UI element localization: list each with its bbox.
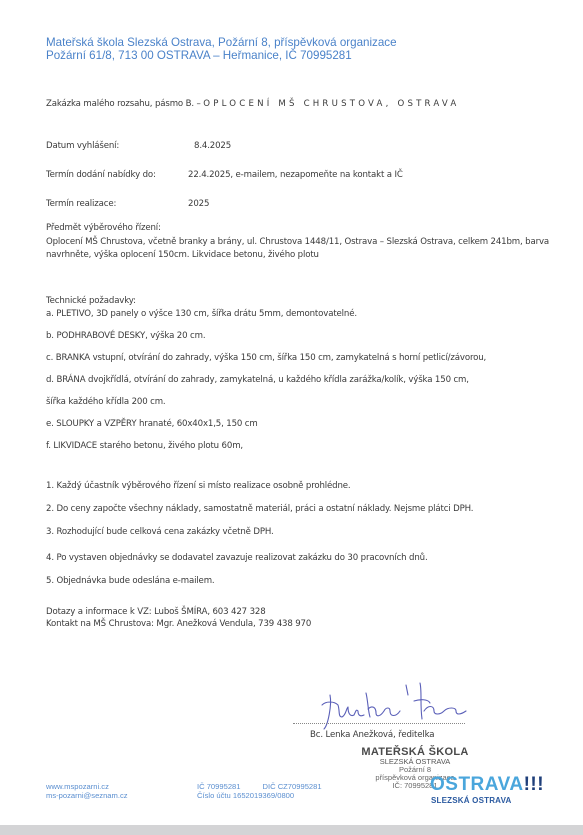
meta-value-realization: 2025 xyxy=(188,199,209,209)
footer-web-contacts: www.mspozarni.cz ms-pozarni@seznam.cz xyxy=(46,782,128,800)
title-prefix: Zakázka malého rozsahu, pásmo B. – xyxy=(46,99,203,109)
meta-label-realization: Termín realizace: xyxy=(46,199,116,209)
requirement-item: b. PODHRABOVÉ DESKY, výška 20 cm. xyxy=(46,331,205,341)
requirement-item: e. SLOUPKY a VZPĚRY hranaté, 60x40x1,5, … xyxy=(46,419,258,429)
requirement-item-continuation: šířka každého křídla 200 cm. xyxy=(46,397,166,407)
requirement-item: a. PLETIVO, 3D panely o výšce 130 cm, ší… xyxy=(46,309,357,319)
subject-heading: Předmět výběrového řízení: xyxy=(46,223,161,233)
handwritten-signature xyxy=(310,675,490,730)
meta-label-announcement: Datum vyhlášení: xyxy=(46,141,119,151)
title-caps: OPLOCENÍ MŠ CHRUSTOVA, OSTRAVA xyxy=(203,99,459,109)
contact-info: Dotazy a informace k VZ: Luboš ŠMÍRA, 60… xyxy=(46,606,311,630)
meta-label-deadline: Termín dodání nabídky do: xyxy=(46,170,156,180)
footer-email-link[interactable]: ms-pozarni@seznam.cz xyxy=(46,791,128,800)
footer-ids: IČ 70995281DIČ CZ70995281 Číslo účtu 165… xyxy=(197,782,322,800)
footer-account: Číslo účtu 1652019369/0800 xyxy=(197,791,322,800)
meta-value-announcement: 8.4.2025 xyxy=(194,141,231,151)
meta-value-deadline: 22.4.2025, e-mailem, nezapomeňte na kont… xyxy=(188,170,403,180)
ostrava-logo: OSTRAVA!!! SLEZSKÁ OSTRAVA xyxy=(430,775,544,794)
requirement-item: c. BRANKA vstupní, otvírání do zahrady, … xyxy=(46,353,486,363)
note-item: 2. Do ceny započte všechny náklady, samo… xyxy=(46,504,473,514)
ostrava-logo-word: OSTRAVA xyxy=(430,774,524,795)
technical-heading: Technické požadavky: xyxy=(46,296,136,306)
note-item: 1. Každý účastník výběrového řízení si m… xyxy=(46,481,351,491)
viewer-bottom-strip xyxy=(0,825,583,835)
note-item: 5. Objednávka bude odeslána e-mailem. xyxy=(46,576,215,586)
contact-school: Kontakt na MŠ Chrustova: Mgr. Anežková V… xyxy=(46,618,311,630)
letterhead-org-name: Mateřská škola Slezská Ostrava, Požární … xyxy=(46,37,397,50)
footer-dic: DIČ CZ70995281 xyxy=(263,782,322,791)
requirement-item: f. LIKVIDACE starého betonu, živého plot… xyxy=(46,441,243,451)
note-item: 4. Po vystaven objednávky se dodavatel z… xyxy=(46,553,428,563)
requirement-item: d. BRÁNA dvojkřídlá, otvírání do zahrady… xyxy=(46,375,469,385)
contact-inquiries: Dotazy a informace k VZ: Luboš ŠMÍRA, 60… xyxy=(46,606,311,618)
footer-website-link[interactable]: www.mspozarni.cz xyxy=(46,782,128,791)
letterhead-address: Požární 61/8, 713 00 OSTRAVA – Heřmanice… xyxy=(46,50,397,63)
signature-line xyxy=(293,723,465,724)
ostrava-logo-exclaim: !!! xyxy=(524,774,544,795)
document-title: Zakázka malého rozsahu, pásmo B. – OPLOC… xyxy=(46,99,460,109)
footer-ic: IČ 70995281 xyxy=(197,782,241,791)
note-item: 3. Rozhodující bude celková cena zakázky… xyxy=(46,527,274,537)
subject-text: Oplocení MŠ Chrustova, včetně branky a b… xyxy=(46,236,556,261)
signer-name: Bc. Lenka Anežková, ředitelka xyxy=(310,730,434,740)
ostrava-logo-subtitle: SLEZSKÁ OSTRAVA xyxy=(431,796,511,805)
letterhead: Mateřská škola Slezská Ostrava, Požární … xyxy=(46,37,397,62)
document-page: Mateřská škola Slezská Ostrava, Požární … xyxy=(0,0,583,825)
